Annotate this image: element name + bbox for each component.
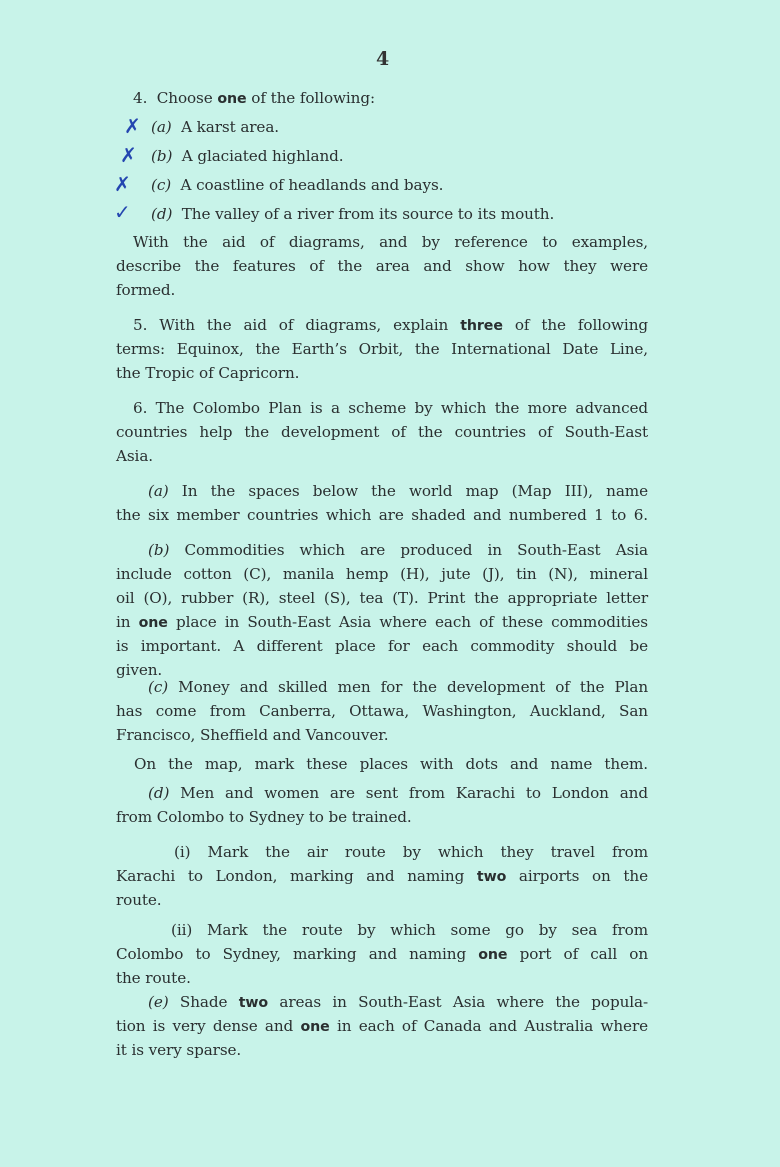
q6d-ii-line-3: the route.: [116, 968, 191, 988]
q6d-line-1: (d) Men and women are sent from Karachi …: [148, 783, 648, 803]
q6-intro-line-2: countries help the development of the co…: [116, 422, 648, 442]
q6d-ii-line-2: Colombo to Sydney, marking and naming on…: [116, 944, 648, 965]
q5-line-3: the Tropic of Capricorn.: [116, 363, 299, 383]
q6a-line-1: (a) In the spaces below the world map (M…: [148, 481, 648, 501]
q4-option-d: (d) The valley of a river from its sourc…: [151, 204, 554, 224]
q6b-line-4: in one place in South-East Asia where ea…: [116, 612, 648, 633]
q5-line-2: terms: Equinox, the Earth’s Orbit, the I…: [116, 339, 648, 359]
q6b-line-3: oil (O), rubber (R), steel (S), tea (T).…: [116, 588, 648, 608]
pen-cross-mark-a: ✗: [124, 116, 141, 136]
q6c-line-4: On the map, mark these places with dots …: [134, 754, 648, 774]
q4-intro: 4. Choose one of the following:: [133, 88, 375, 109]
q6d-i-line-3: route.: [116, 890, 162, 910]
q4-option-b: (b) A glaciated highland.: [151, 146, 344, 166]
q6a-line-2: the six member countries which are shade…: [116, 505, 648, 525]
q6b-line-1: (b) Commodities which are produced in So…: [148, 540, 648, 560]
q4-option-a: (a) A karst area.: [151, 117, 279, 137]
q6b-line-5: is important. A different place for each…: [116, 636, 648, 656]
q6c-line-2: has come from Canberra, Ottawa, Washingt…: [116, 701, 648, 721]
q5-line-1: 5. With the aid of diagrams, explain thr…: [133, 315, 648, 336]
q6e-line-2: tion is very dense and one in each of Ca…: [116, 1016, 648, 1037]
q6c-line-1: (c) Money and skilled men for the develo…: [148, 677, 648, 697]
q6-intro-line-3: Asia.: [116, 446, 153, 466]
q4-option-c: (c) A coastline of headlands and bays.: [151, 175, 443, 195]
page-number: 4: [376, 48, 389, 70]
q4-body-line-3: formed.: [116, 280, 175, 300]
q6e-line-3: it is very sparse.: [116, 1040, 241, 1060]
pen-cross-mark-c: ✗: [114, 174, 131, 194]
q6c-line-3: Francisco, Sheffield and Vancouver.: [116, 725, 388, 745]
q6d-i-line-2: Karachi to London, marking and naming tw…: [116, 866, 648, 887]
q6d-ii-line-1: (ii) Mark the route by which some go by …: [171, 920, 648, 940]
q4-number: 4.: [133, 89, 147, 107]
q6e-line-1: (e) Shade two areas in South-East Asia w…: [148, 992, 648, 1013]
pen-cross-mark-b: ✗: [120, 145, 137, 165]
q6-intro-line-1: 6. The Colombo Plan is a scheme by which…: [133, 398, 648, 418]
q6b-line-2: include cotton (C), manila hemp (H), jut…: [116, 564, 648, 584]
q6d-i-line-1: (i) Mark the air route by which they tra…: [174, 842, 648, 862]
q4-body-line-1: With the aid of diagrams, and by referen…: [133, 232, 648, 252]
q4-body-line-2: describe the features of the area and sh…: [116, 256, 648, 276]
q6d-line-2: from Colombo to Sydney to be trained.: [116, 807, 412, 827]
pen-check-mark-d: ✓: [114, 202, 131, 222]
